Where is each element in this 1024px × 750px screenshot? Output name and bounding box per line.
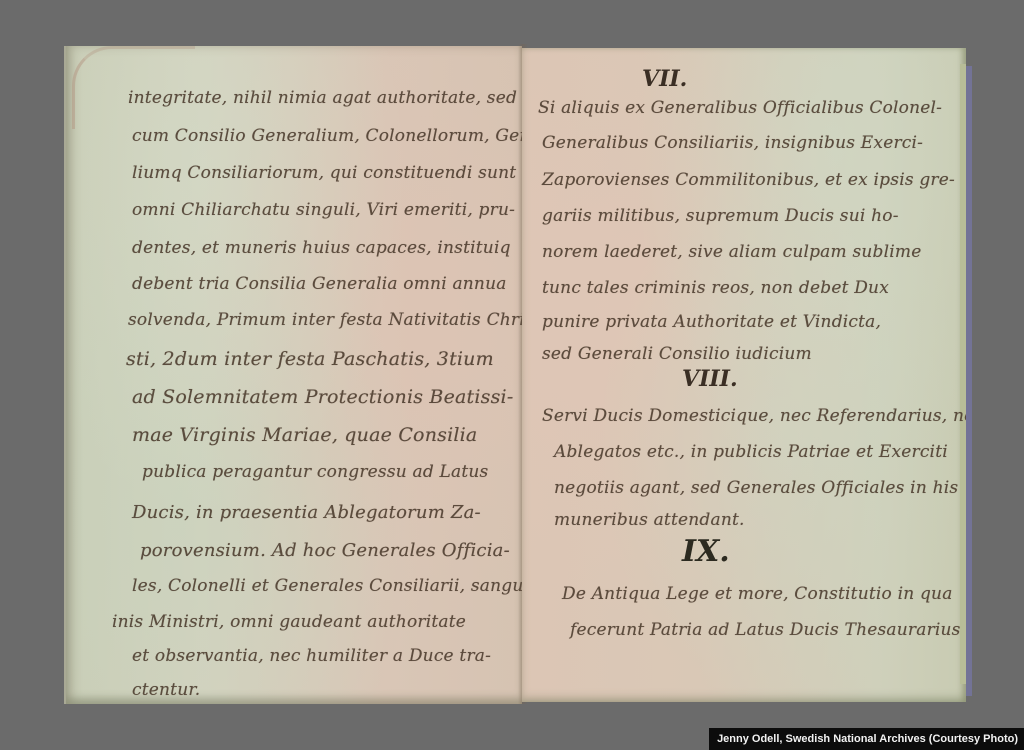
manuscript-line: sed Generali Consilio iudicium [542, 344, 812, 364]
manuscript-line: negotiis agant, sed Generales Officiales… [554, 478, 958, 498]
section-heading-ix: IX. [682, 534, 730, 569]
manuscript-line: Zaporovienses Commilitonibus, et ex ipsi… [542, 170, 955, 190]
manuscript-line: solvenda, Primum inter festa Nativitatis… [128, 310, 522, 330]
section-heading-viii: VIII. [682, 366, 738, 392]
manuscript-line: et observantia, nec humiliter a Duce tra… [132, 646, 491, 666]
manuscript-line: muneribus attendant. [554, 510, 745, 530]
manuscript-line: mae Virginis Mariae, quae Consilia [132, 424, 477, 446]
manuscript-line: ad Solemnitatem Protectionis Beatissi- [132, 386, 513, 408]
manuscript-line: fecerunt Patria ad Latus Ducis Thesaurar… [570, 620, 961, 640]
manuscript-line: Si aliquis ex Generalibus Officialibus C… [538, 98, 942, 118]
manuscript-line: norem laederet, sive aliam culpam sublim… [542, 242, 921, 262]
manuscript-line: Servi Ducis Domesticique, nec Referendar… [542, 406, 966, 426]
left-page: integritate, nihil nimia agat authoritat… [64, 46, 522, 704]
manuscript-line: gariis militibus, supremum Ducis sui ho- [542, 206, 899, 226]
manuscript-line: inis Ministri, omni gaudeant authoritate [112, 612, 466, 632]
right-page: VII. Si aliquis ex Generalibus Officiali… [522, 48, 966, 702]
manuscript-line: porovensium. Ad hoc Generales Officia- [140, 540, 510, 561]
manuscript-line: Ablegatos etc., in publicis Patriae et E… [554, 442, 948, 462]
manuscript-line: publica peragantur congressu ad Latus [142, 462, 488, 482]
manuscript-spread: integritate, nihil nimia agat authoritat… [64, 44, 970, 704]
manuscript-line: debent tria Consilia Generalia omni annu… [132, 274, 507, 294]
manuscript-line: ctentur. [132, 680, 200, 700]
manuscript-line: liumq Consiliariorum, qui constituendi s… [132, 163, 522, 183]
manuscript-line: De Antiqua Lege et more, Constitutio in … [562, 584, 953, 604]
manuscript-line: Ducis, in praesentia Ablegatorum Za- [132, 502, 481, 523]
manuscript-line: punire privata Authoritate et Vindicta, [542, 312, 881, 332]
section-heading-vii: VII. [642, 66, 687, 92]
manuscript-line: tunc tales criminis reos, non debet Dux [542, 278, 889, 298]
manuscript-line: dentes, et muneris huius capaces, instit… [132, 238, 511, 258]
manuscript-line: integritate, nihil nimia agat authoritat… [128, 88, 517, 108]
manuscript-line: Generalibus Consiliariis, insignibus Exe… [542, 133, 923, 153]
page-edge-blue [966, 66, 972, 696]
manuscript-line: cum Consilio Generalium, Colonellorum, G… [132, 126, 522, 146]
manuscript-line: les, Colonelli et Generales Consiliarii,… [132, 576, 522, 596]
manuscript-line: omni Chiliarchatu singuli, Viri emeriti,… [132, 200, 515, 220]
photo-credit: Jenny Odell, Swedish National Archives (… [709, 728, 1024, 750]
manuscript-line: sti, 2dum inter festa Paschatis, 3tium [126, 348, 494, 370]
